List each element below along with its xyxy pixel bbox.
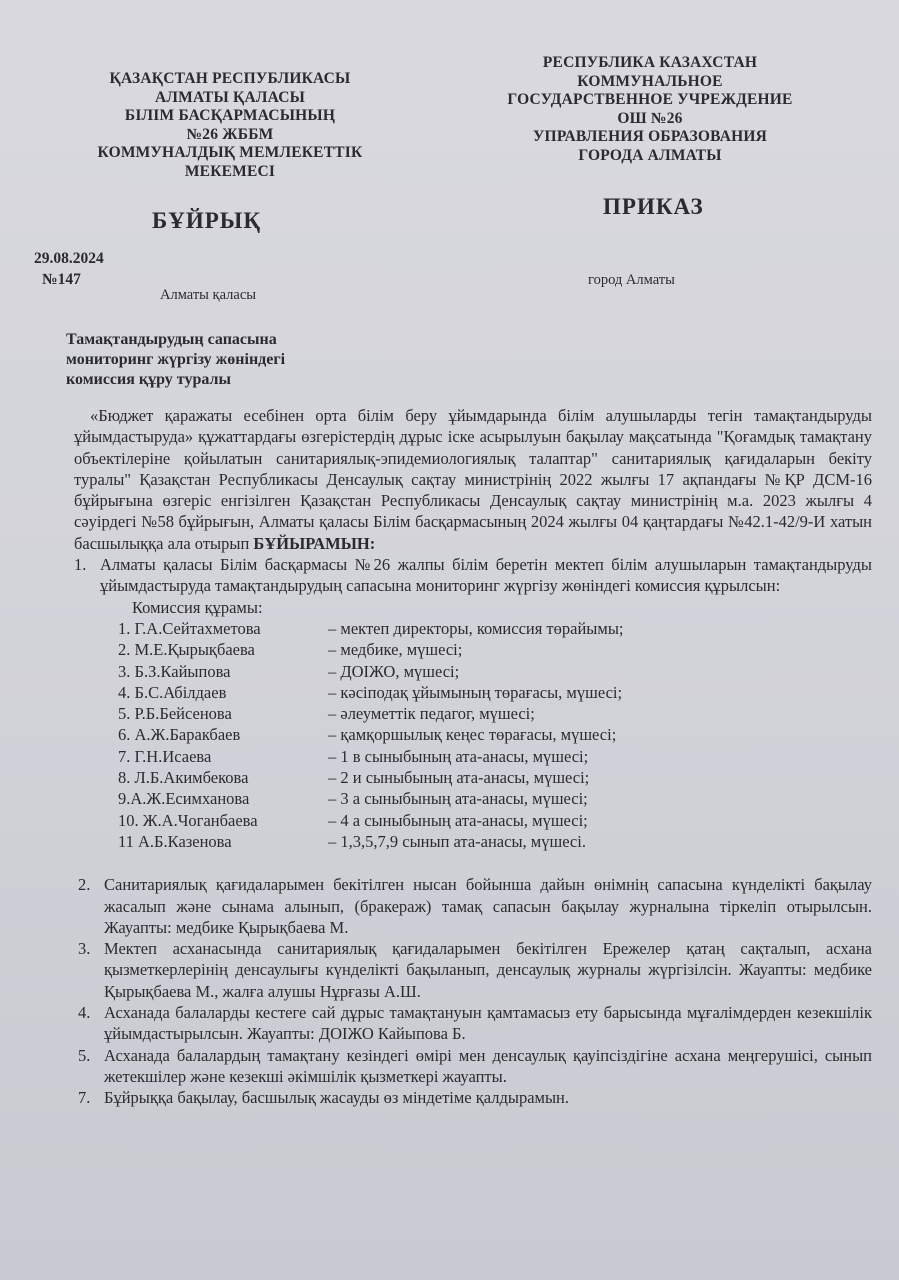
header-line: КОММУНАЛДЫҚ МЕМЛЕКЕТТІК — [60, 144, 400, 163]
member-name: 3. Б.З.Кайыпова — [118, 661, 328, 682]
subject-line: комиссия құру туралы — [66, 370, 285, 390]
header-line: МЕКЕМЕСІ — [60, 163, 400, 182]
commission-members: 1. Г.А.Сейтахметова– мектеп директоры, к… — [74, 618, 872, 852]
item-text: Асханада балаларды кестеге сай дұрыс там… — [104, 1003, 872, 1043]
header-line: ГОСУДАРСТВЕННОЕ УЧРЕЖДЕНИЕ — [500, 91, 800, 110]
member-role: – 3 а сыныбының ата-анасы, мүшесі; — [328, 788, 588, 809]
item-text: Бұйрыққа бақылау, басшылық жасауды өз мі… — [104, 1088, 569, 1107]
member-role: – әлеуметтік педагог, мүшесі; — [328, 703, 535, 724]
member-name: 8. Л.Б.Акимбекова — [118, 767, 328, 788]
order-body: «Бюджет қаражаты есебінен орта білім бер… — [74, 405, 872, 1109]
member-row: 4. Б.С.Абілдаев– кәсіподақ ұйымының төра… — [74, 682, 872, 703]
order-item-5: 5.Асханада балалардың тамақтану кезіндег… — [78, 1045, 872, 1088]
member-row: 11 А.Б.Казенова– 1,3,5,7,9 сынып ата-ана… — [74, 831, 872, 852]
member-name: 7. Г.Н.Исаева — [118, 746, 328, 767]
member-role: – 1,3,5,7,9 сынып ата-анасы, мүшесі. — [328, 831, 586, 852]
preamble: «Бюджет қаражаты есебінен орта білім бер… — [74, 405, 872, 554]
header-line: №26 ЖББМ — [60, 126, 400, 145]
item-text: Алматы қаласы Білім басқармасы №26 жалпы… — [100, 555, 872, 595]
header-line: ҚАЗАҚСТАН РЕСПУБЛИКАСЫ — [60, 70, 400, 89]
city-kazakh: Алматы қаласы — [160, 287, 256, 304]
item-number: 3. — [78, 938, 90, 959]
member-row: 3. Б.З.Кайыпова– ДОІЖО, мүшесі; — [74, 661, 872, 682]
preamble-text: «Бюджет қаражаты есебінен орта білім бер… — [74, 406, 872, 553]
member-name: 9.А.Ж.Есимханова — [118, 788, 328, 809]
member-role: – 1 в сыныбының ата-анасы, мүшесі; — [328, 746, 588, 767]
item-text: Асханада балалардың тамақтану кезіндегі … — [104, 1046, 872, 1086]
order-subject: Тамақтандырудың сапасына мониторинг жүрг… — [66, 330, 285, 390]
member-role: – кәсіподақ ұйымының төрағасы, мүшесі; — [328, 682, 622, 703]
doc-type-russian: ПРИКАЗ — [603, 194, 704, 220]
member-row: 8. Л.Б.Акимбекова– 2 и сыныбының ата-ана… — [74, 767, 872, 788]
member-row: 5. Р.Б.Бейсенова– әлеуметтік педагог, мү… — [74, 703, 872, 724]
item-number: 5. — [78, 1045, 90, 1066]
member-name: 2. М.Е.Қырықбаева — [118, 639, 328, 660]
order-item-1: 1. Алматы қаласы Білім басқармасы №26 жа… — [74, 554, 872, 597]
member-row: 7. Г.Н.Исаева– 1 в сыныбының ата-анасы, … — [74, 746, 872, 767]
header-line: АЛМАТЫ ҚАЛАСЫ — [60, 89, 400, 108]
item-number: 4. — [78, 1002, 90, 1023]
member-role: – 2 и сыныбының ата-анасы, мүшесі; — [328, 767, 589, 788]
order-item-7: 7.Бұйрыққа бақылау, басшылық жасауды өз … — [78, 1087, 872, 1108]
member-row: 2. М.Е.Қырықбаева– медбике, мүшесі; — [74, 639, 872, 660]
subject-line: мониторинг жүргізу жөніндегі — [66, 350, 285, 370]
order-word: БҰЙЫРАМЫН: — [253, 534, 375, 553]
order-items: 2.Санитариялық қағидаларымен бекітілген … — [74, 874, 872, 1108]
header-line: УПРАВЛЕНИЯ ОБРАЗОВАНИЯ — [500, 128, 800, 147]
item-number: 7. — [78, 1087, 90, 1108]
member-role: – қамқоршылық кеңес төрағасы, мүшесі; — [328, 724, 616, 745]
member-name: 5. Р.Б.Бейсенова — [118, 703, 328, 724]
order-date: 29.08.2024 — [34, 250, 104, 268]
header-line: БІЛІМ БАСҚАРМАСЫНЫҢ — [60, 107, 400, 126]
subject-line: Тамақтандырудың сапасына — [66, 330, 285, 350]
document-page: ҚАЗАҚСТАН РЕСПУБЛИКАСЫ АЛМАТЫ ҚАЛАСЫ БІЛ… — [0, 0, 899, 1280]
header-line: РЕСПУБЛИКА КАЗАХСТАН — [500, 54, 800, 73]
member-name: 11 А.Б.Казенова — [118, 831, 328, 852]
member-name: 6. А.Ж.Баракбаев — [118, 724, 328, 745]
order-item-3: 3.Мектеп асханасында санитариялық қағида… — [78, 938, 872, 1002]
item-number: 2. — [78, 874, 90, 895]
header-line: КОММУНАЛЬНОЕ — [500, 73, 800, 92]
member-row: 10. Ж.А.Чоганбаева– 4 а сыныбының ата-ан… — [74, 810, 872, 831]
member-name: 1. Г.А.Сейтахметова — [118, 618, 328, 639]
member-name: 4. Б.С.Абілдаев — [118, 682, 328, 703]
member-row: 6. А.Ж.Баракбаев– қамқоршылық кеңес төра… — [74, 724, 872, 745]
member-row: 1. Г.А.Сейтахметова– мектеп директоры, к… — [74, 618, 872, 639]
order-number: №147 — [42, 271, 81, 289]
member-row: 9.А.Ж.Есимханова– 3 а сыныбының ата-анас… — [74, 788, 872, 809]
doc-type-kazakh: БҰЙРЫҚ — [152, 208, 261, 234]
item-text: Санитариялық қағидаларымен бекітілген ны… — [104, 875, 872, 937]
member-role: – ДОІЖО, мүшесі; — [328, 661, 459, 682]
item-text: Мектеп асханасында санитариялық қағидала… — [104, 939, 872, 1001]
member-role: – медбике, мүшесі; — [328, 639, 462, 660]
order-item-2: 2.Санитариялық қағидаларымен бекітілген … — [78, 874, 872, 938]
header-right-russian: РЕСПУБЛИКА КАЗАХСТАН КОММУНАЛЬНОЕ ГОСУДА… — [500, 54, 800, 165]
member-role: – 4 а сыныбының ата-анасы, мүшесі; — [328, 810, 588, 831]
header-left-kazakh: ҚАЗАҚСТАН РЕСПУБЛИКАСЫ АЛМАТЫ ҚАЛАСЫ БІЛ… — [60, 70, 400, 181]
commission-title: Комиссия құрамы: — [74, 597, 872, 618]
order-item-4: 4.Асханада балаларды кестеге сай дұрыс т… — [78, 1002, 872, 1045]
item-number: 1. — [74, 554, 86, 575]
header-line: ОШ №26 — [500, 110, 800, 129]
city-russian: город Алматы — [588, 272, 675, 289]
header-line: ГОРОДА АЛМАТЫ — [500, 147, 800, 166]
member-name: 10. Ж.А.Чоганбаева — [118, 810, 328, 831]
member-role: – мектеп директоры, комиссия төрайымы; — [328, 618, 624, 639]
